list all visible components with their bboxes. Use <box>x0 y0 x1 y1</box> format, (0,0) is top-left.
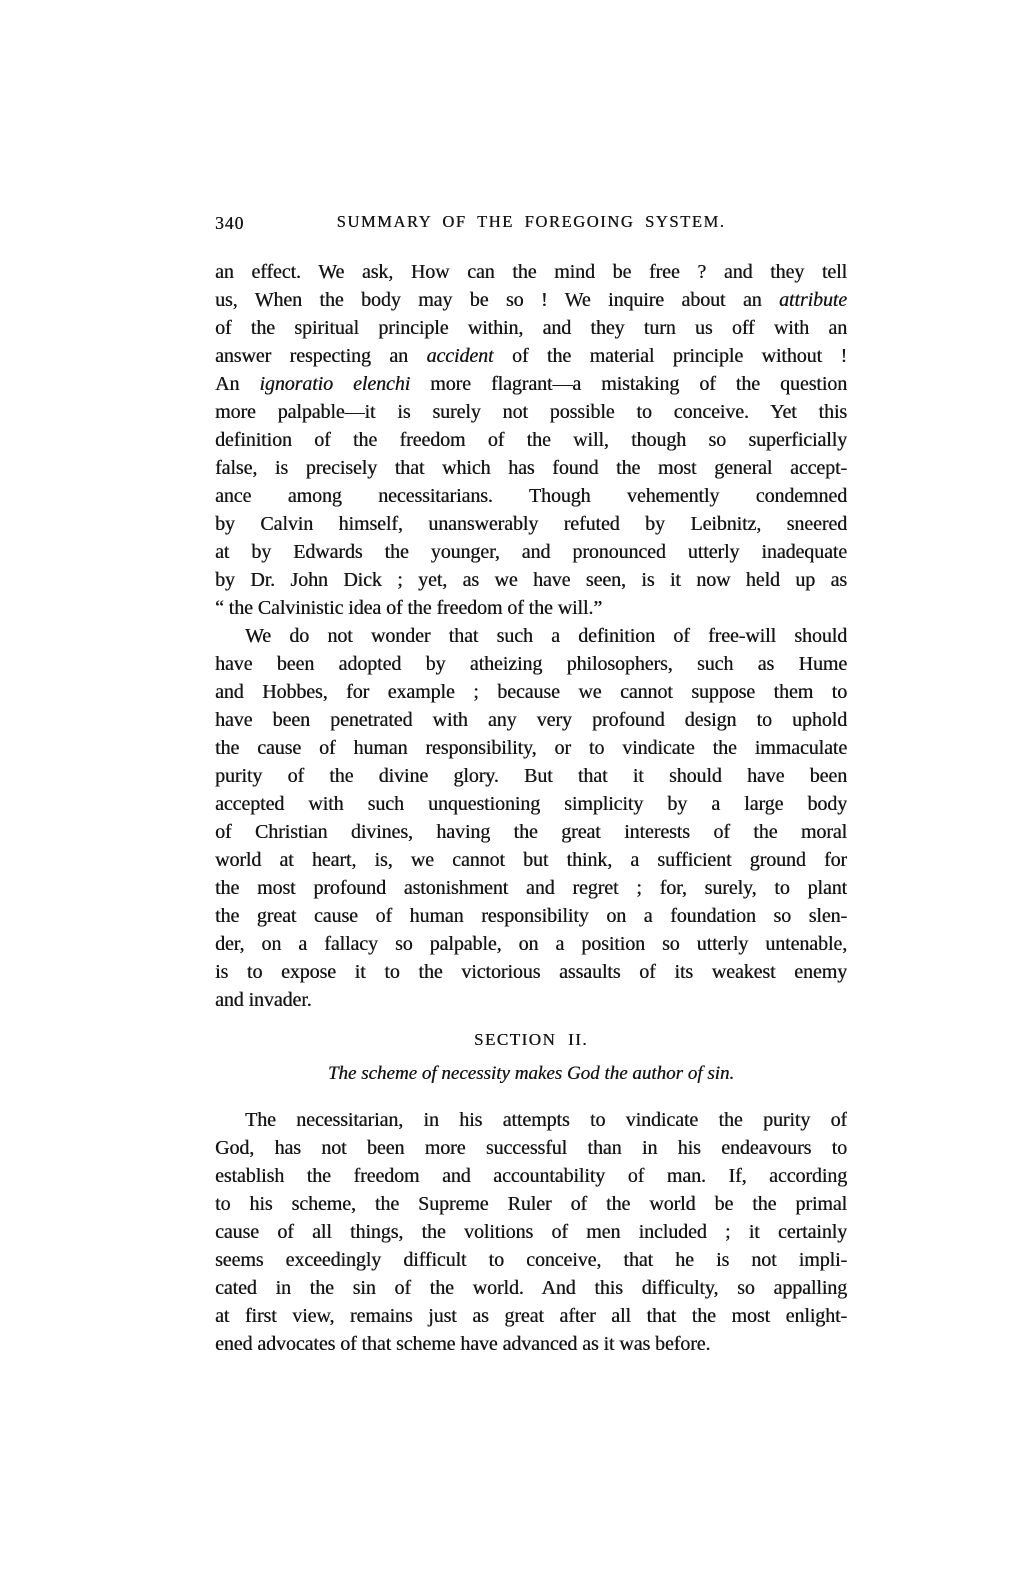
text-line: and invader. <box>215 986 847 1014</box>
text-line: accepted with such unquestioning simplic… <box>215 790 847 818</box>
text-line: der, on a fallacy so palpable, on a posi… <box>215 930 847 958</box>
text-line: ened advocates of that scheme have advan… <box>215 1330 847 1358</box>
text-line: world at heart, is, we cannot but think,… <box>215 846 847 874</box>
paragraph: The necessitarian, in his attempts to vi… <box>215 1106 847 1358</box>
page-number: 340 <box>215 213 244 234</box>
running-head: SUMMARY OF THE FOREGOING SYSTEM. <box>215 212 847 232</box>
body-text-top: an effect. We ask, How can the mind be f… <box>215 258 847 1014</box>
text-line: “ the Calvinistic idea of the freedom of… <box>215 594 847 622</box>
body-text-bottom: The necessitarian, in his attempts to vi… <box>215 1106 847 1358</box>
text-line: at by Edwards the younger, and pronounce… <box>215 538 847 566</box>
text-line: to his scheme, the Supreme Ruler of the … <box>215 1190 847 1218</box>
paragraph: We do not wonder that such a definition … <box>215 622 847 1014</box>
text-line: purity of the divine glory. But that it … <box>215 762 847 790</box>
text-line: the most profound astonishment and regre… <box>215 874 847 902</box>
text-line: more palpable—it is surely not possible … <box>215 398 847 426</box>
text-block: 340 SUMMARY OF THE FOREGOING SYSTEM. an … <box>215 212 847 1358</box>
text-line: establish the freedom and accountability… <box>215 1162 847 1190</box>
text-line: and Hobbes, for example ; because we can… <box>215 678 847 706</box>
text-line: by Dr. John Dick ; yet, as we have seen,… <box>215 566 847 594</box>
text-line: at first view, remains just as great aft… <box>215 1302 847 1330</box>
text-line: seems exceedingly difficult to conceive,… <box>215 1246 847 1274</box>
text-line: definition of the freedom of the will, t… <box>215 426 847 454</box>
section-subtitle: The scheme of necessity makes God the au… <box>215 1062 847 1086</box>
page-header: 340 SUMMARY OF THE FOREGOING SYSTEM. <box>215 212 847 236</box>
text-line: an effect. We ask, How can the mind be f… <box>215 258 847 286</box>
paragraph: an effect. We ask, How can the mind be f… <box>215 258 847 622</box>
text-line: by Calvin himself, unanswerably refuted … <box>215 510 847 538</box>
text-line: The necessitarian, in his attempts to vi… <box>215 1106 847 1134</box>
text-line: cause of all things, the volitions of me… <box>215 1218 847 1246</box>
text-line: An ignoratio elenchi more flagrant—a mis… <box>215 370 847 398</box>
text-line: is to expose it to the victorious assaul… <box>215 958 847 986</box>
text-line: of the spiritual principle within, and t… <box>215 314 847 342</box>
text-line: answer respecting an accident of the mat… <box>215 342 847 370</box>
text-line: false, is precisely that which has found… <box>215 454 847 482</box>
text-line: God, has not been more successful than i… <box>215 1134 847 1162</box>
text-line: have been penetrated with any very profo… <box>215 706 847 734</box>
text-line: the cause of human responsibility, or to… <box>215 734 847 762</box>
section-heading: SECTION II. <box>215 1028 847 1052</box>
text-line: us, When the body may be so ! We inquire… <box>215 286 847 314</box>
text-line: We do not wonder that such a definition … <box>215 622 847 650</box>
text-line: ance among necessitarians. Though veheme… <box>215 482 847 510</box>
text-line: have been adopted by atheizing philosoph… <box>215 650 847 678</box>
text-line: the great cause of human responsibility … <box>215 902 847 930</box>
text-line: of Christian divines, having the great i… <box>215 818 847 846</box>
book-page: 340 SUMMARY OF THE FOREGOING SYSTEM. an … <box>0 0 1011 1580</box>
text-line: cated in the sin of the world. And this … <box>215 1274 847 1302</box>
